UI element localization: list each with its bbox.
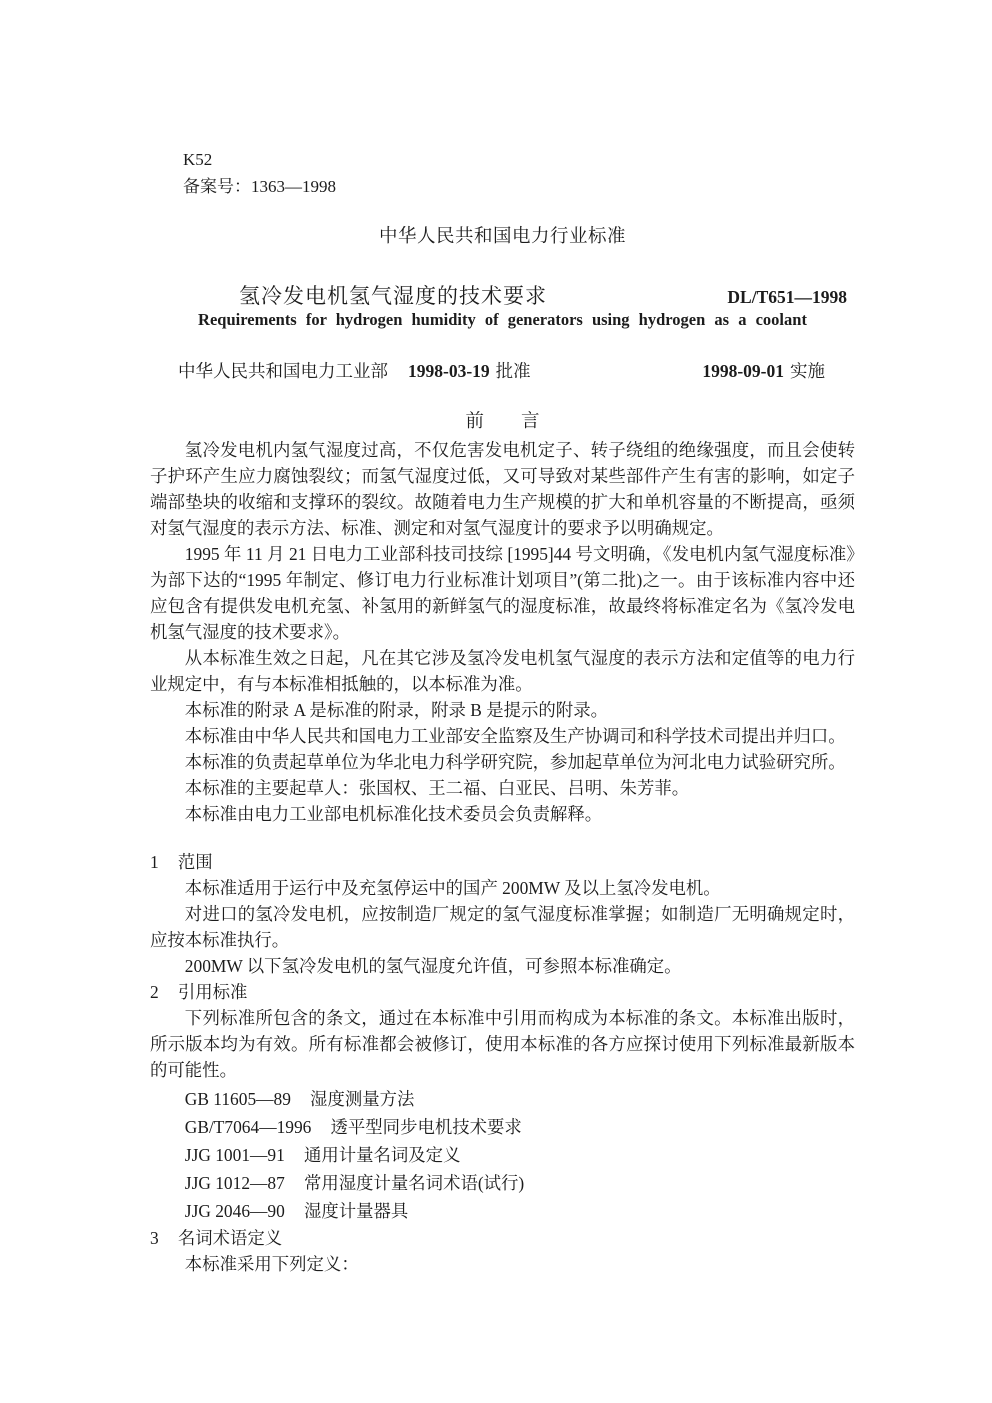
preface-paragraph-7: 本标准的主要起草人：张国权、王二福、白亚民、吕明、朱芳菲。 — [150, 775, 855, 801]
document-page: K52 备案号：1363—1998 中华人民共和国电力行业标准 氢冷发电机氢气湿… — [0, 0, 992, 1403]
reference-item: GB 11605—89湿度测量方法 — [185, 1085, 855, 1113]
section-1-number: 1 — [150, 849, 162, 875]
referenced-standards-list: GB 11605—89湿度测量方法 GB/T7064—1996透平型同步电机技术… — [150, 1085, 855, 1225]
document-body: 氢冷发电机内氢气湿度过高，不仅危害发电机定子、转子绕组的绝缘强度，而且会使转子护… — [150, 437, 855, 1277]
section-1-paragraph-1: 本标准适用于运行中及充氢停运中的国产 200MW 及以上氢冷发电机。 — [150, 875, 855, 901]
section-1-heading: 1范围 — [150, 849, 855, 875]
standard-category: 中华人民共和国电力行业标准 — [150, 222, 855, 248]
preface-paragraph-1: 氢冷发电机内氢气湿度过高，不仅危害发电机定子、转子绕组的绝缘强度，而且会使转子护… — [150, 437, 855, 541]
approval-line: 中华人民共和国电力工业部 1998-03-19 批准 1998-09-01 实施 — [178, 358, 855, 383]
section-2-paragraph-1: 下列标准所包含的条文，通过在本标准中引用而构成为本标准的条文。本标准出版时，所示… — [150, 1005, 855, 1083]
reference-name: 湿度测量方法 — [310, 1089, 414, 1109]
reference-code: GB/T7064—1996 — [185, 1117, 312, 1137]
reference-name: 常用湿度计量名词术语(试行) — [304, 1173, 524, 1193]
section-1-paragraph-2: 对进口的氢冷发电机，应按制造厂规定的氢气湿度标准掌握；如制造厂无明确规定时，应按… — [150, 901, 855, 953]
reference-item: JJG 2046—90湿度计量器具 — [185, 1197, 855, 1225]
approval-date: 1998-03-19 — [408, 361, 490, 382]
reference-code: JJG 2046—90 — [185, 1201, 285, 1221]
section-2-heading: 2引用标准 — [150, 979, 855, 1005]
section-1-paragraph-3: 200MW 以下氢冷发电机的氢气湿度允许值，可参照本标准确定。 — [150, 953, 855, 979]
preface-paragraph-5: 本标准由中华人民共和国电力工业部安全监察及生产协调司和科学技术司提出并归口。 — [150, 723, 855, 749]
classification-code: K52 — [183, 146, 855, 173]
reference-code: JJG 1001—91 — [185, 1145, 285, 1165]
section-3-heading: 3名词术语定义 — [150, 1225, 855, 1251]
issuing-body: 中华人民共和国电力工业部 — [178, 358, 388, 383]
section-1-title: 范围 — [178, 852, 213, 872]
reference-name: 通用计量名词及定义 — [304, 1145, 461, 1165]
reference-code: JJG 1012—87 — [185, 1173, 285, 1193]
reference-code: GB 11605—89 — [185, 1089, 291, 1109]
preface-heading: 前 言 — [150, 407, 855, 433]
section-3-number: 3 — [150, 1225, 162, 1251]
section-3-title: 名词术语定义 — [178, 1228, 282, 1248]
title-chinese: 氢冷发电机氢气湿度的技术要求 — [239, 280, 547, 310]
reference-item: GB/T7064—1996透平型同步电机技术要求 — [185, 1113, 855, 1141]
preface-paragraph-6: 本标准的负责起草单位为华北电力科学研究院，参加起草单位为河北电力试验研究所。 — [150, 749, 855, 775]
implementation-date: 1998-09-01 — [702, 361, 784, 382]
section-2-number: 2 — [150, 979, 162, 1005]
title-row: 氢冷发电机氢气湿度的技术要求 DL/T651—1998 — [150, 280, 855, 310]
reference-name: 透平型同步电机技术要求 — [331, 1117, 522, 1137]
preface-paragraph-4: 本标准的附录 A 是标准的附录，附录 B 是提示的附录。 — [150, 697, 855, 723]
section-3-paragraph-1: 本标准采用下列定义： — [150, 1251, 855, 1277]
reference-item: JJG 1012—87常用湿度计量名词术语(试行) — [185, 1169, 855, 1197]
standard-number: DL/T651—1998 — [727, 287, 847, 308]
reference-name: 湿度计量器具 — [304, 1201, 408, 1221]
title-english: Requirements for hydrogen humidity of ge… — [150, 310, 855, 330]
doc-classification-block: K52 备案号：1363—1998 — [183, 146, 855, 200]
preface-paragraph-3: 从本标准生效之日起，凡在其它涉及氢冷发电机氢气湿度的表示方法和定值等的电力行业规… — [150, 645, 855, 697]
reference-item: JJG 1001—91通用计量名词及定义 — [185, 1141, 855, 1169]
section-2-title: 引用标准 — [178, 982, 248, 1002]
implementation-label: 实施 — [790, 358, 825, 383]
preface-paragraph-2: 1995 年 11 月 21 日电力工业部科技司技综 [1995]44 号文明确… — [150, 541, 855, 645]
record-number: 备案号：1363—1998 — [183, 173, 855, 200]
approval-label: 批准 — [496, 358, 531, 383]
preface-paragraph-8: 本标准由电力工业部电机标准化技术委员会负责解释。 — [150, 801, 855, 827]
